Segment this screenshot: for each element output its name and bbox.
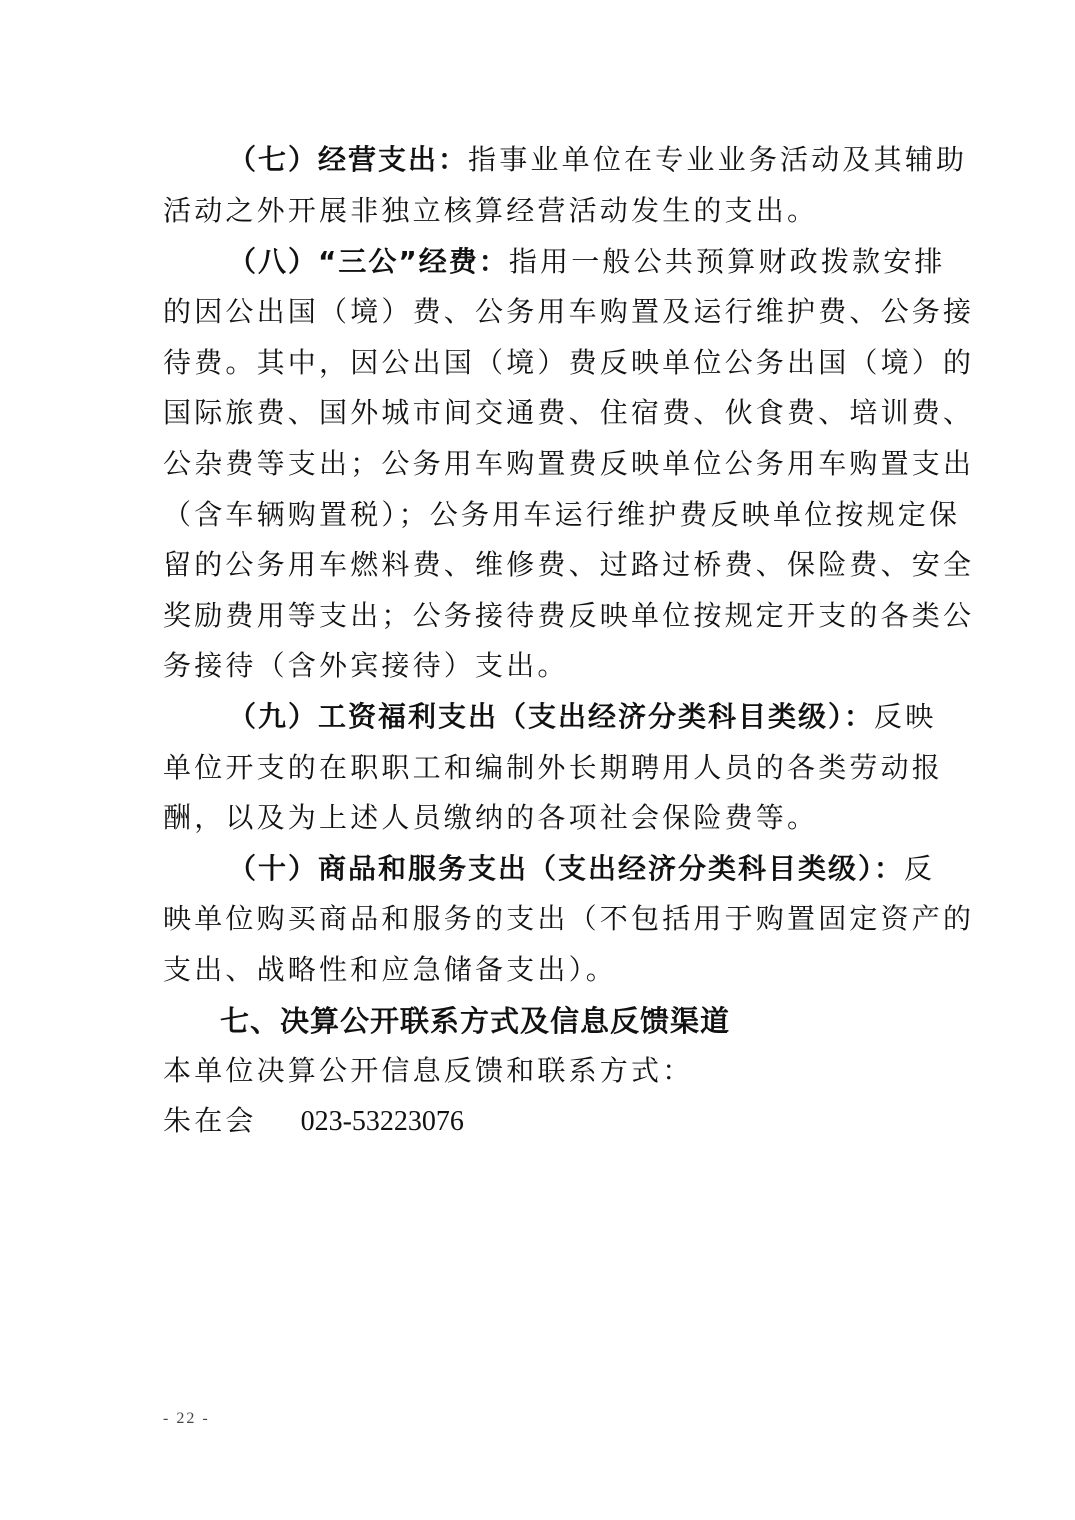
section-8-line-3: 待费。其中，因公出国（境）费反映单位公务出国（境）的 (163, 338, 913, 388)
section-8-line-9: 务接待（含外宾接待）支出。 (163, 641, 913, 691)
section-9-line-1: （九）工资福利支出（支出经济分类科目类级）：反映 (228, 692, 978, 742)
section-7-line-1: （七）经营支出：指事业单位在专业业务活动及其辅助 (228, 135, 978, 185)
section-7-text: 指事业单位在专业业务活动及其辅助 (468, 143, 967, 176)
contact-name: 朱在会 (163, 1104, 257, 1137)
section-9-title: （九）工资福利支出（支出经济分类科目类级）： (228, 700, 874, 733)
section-8-line-7: 留的公务用车燃料费、维修费、过路过桥费、保险费、安全 (163, 540, 913, 590)
section-7-line-2: 活动之外开展非独立核算经营活动发生的支出。 (163, 186, 913, 236)
contact-section-heading: 七、决算公开联系方式及信息反馈渠道 (220, 996, 730, 1046)
section-10-line-2: 映单位购买商品和服务的支出（不包括用于购置固定资产的 (163, 894, 913, 944)
contact-intro: 本单位决算公开信息反馈和联系方式： (163, 1046, 913, 1096)
section-7-title: （七）经营支出： (228, 143, 468, 176)
section-10-line-3: 支出、战略性和应急储备支出）。 (163, 945, 913, 995)
section-8-text: 指用一般公共预算财政拨款安排 (509, 245, 946, 278)
section-8-line-5: 公杂费等支出；公务用车购置费反映单位公务用车购置支出 (163, 439, 913, 489)
section-9-text: 反映 (874, 700, 936, 733)
section-10-line-1: （十）商品和服务支出（支出经济分类科目类级）：反 (228, 844, 978, 894)
section-9-line-3: 酬，以及为上述人员缴纳的各项社会保险费等。 (163, 793, 913, 843)
section-8-line-2: 的因公出国（境）费、公务用车购置及运行维护费、公务接 (163, 287, 913, 337)
section-8-line-4: 国际旅费、国外城市间交通费、住宿费、伙食费、培训费、 (163, 388, 913, 438)
section-9-line-2: 单位开支的在职职工和编制外长期聘用人员的各类劳动报 (163, 743, 913, 793)
page-number: - 22 - (163, 1410, 210, 1428)
section-10-title: （十）商品和服务支出（支出经济分类科目类级）： (228, 852, 904, 885)
section-10-text: 反 (904, 852, 935, 885)
section-8-line-8: 奖励费用等支出；公务接待费反映单位按规定开支的各类公 (163, 591, 913, 641)
document-page: （七）经营支出：指事业单位在专业业务活动及其辅助 活动之外开展非独立核算经营活动… (0, 0, 1075, 1520)
contact-line: 朱在会023-53223076 (163, 1096, 913, 1146)
contact-phone: 023-53223076 (301, 1106, 464, 1137)
section-8-title: （八）“三公”经费： (228, 245, 509, 278)
section-8-line-6: （含车辆购置税）；公务用车运行维护费反映单位按规定保 (163, 490, 913, 540)
section-8-line-1: （八）“三公”经费：指用一般公共预算财政拨款安排 (228, 237, 978, 287)
